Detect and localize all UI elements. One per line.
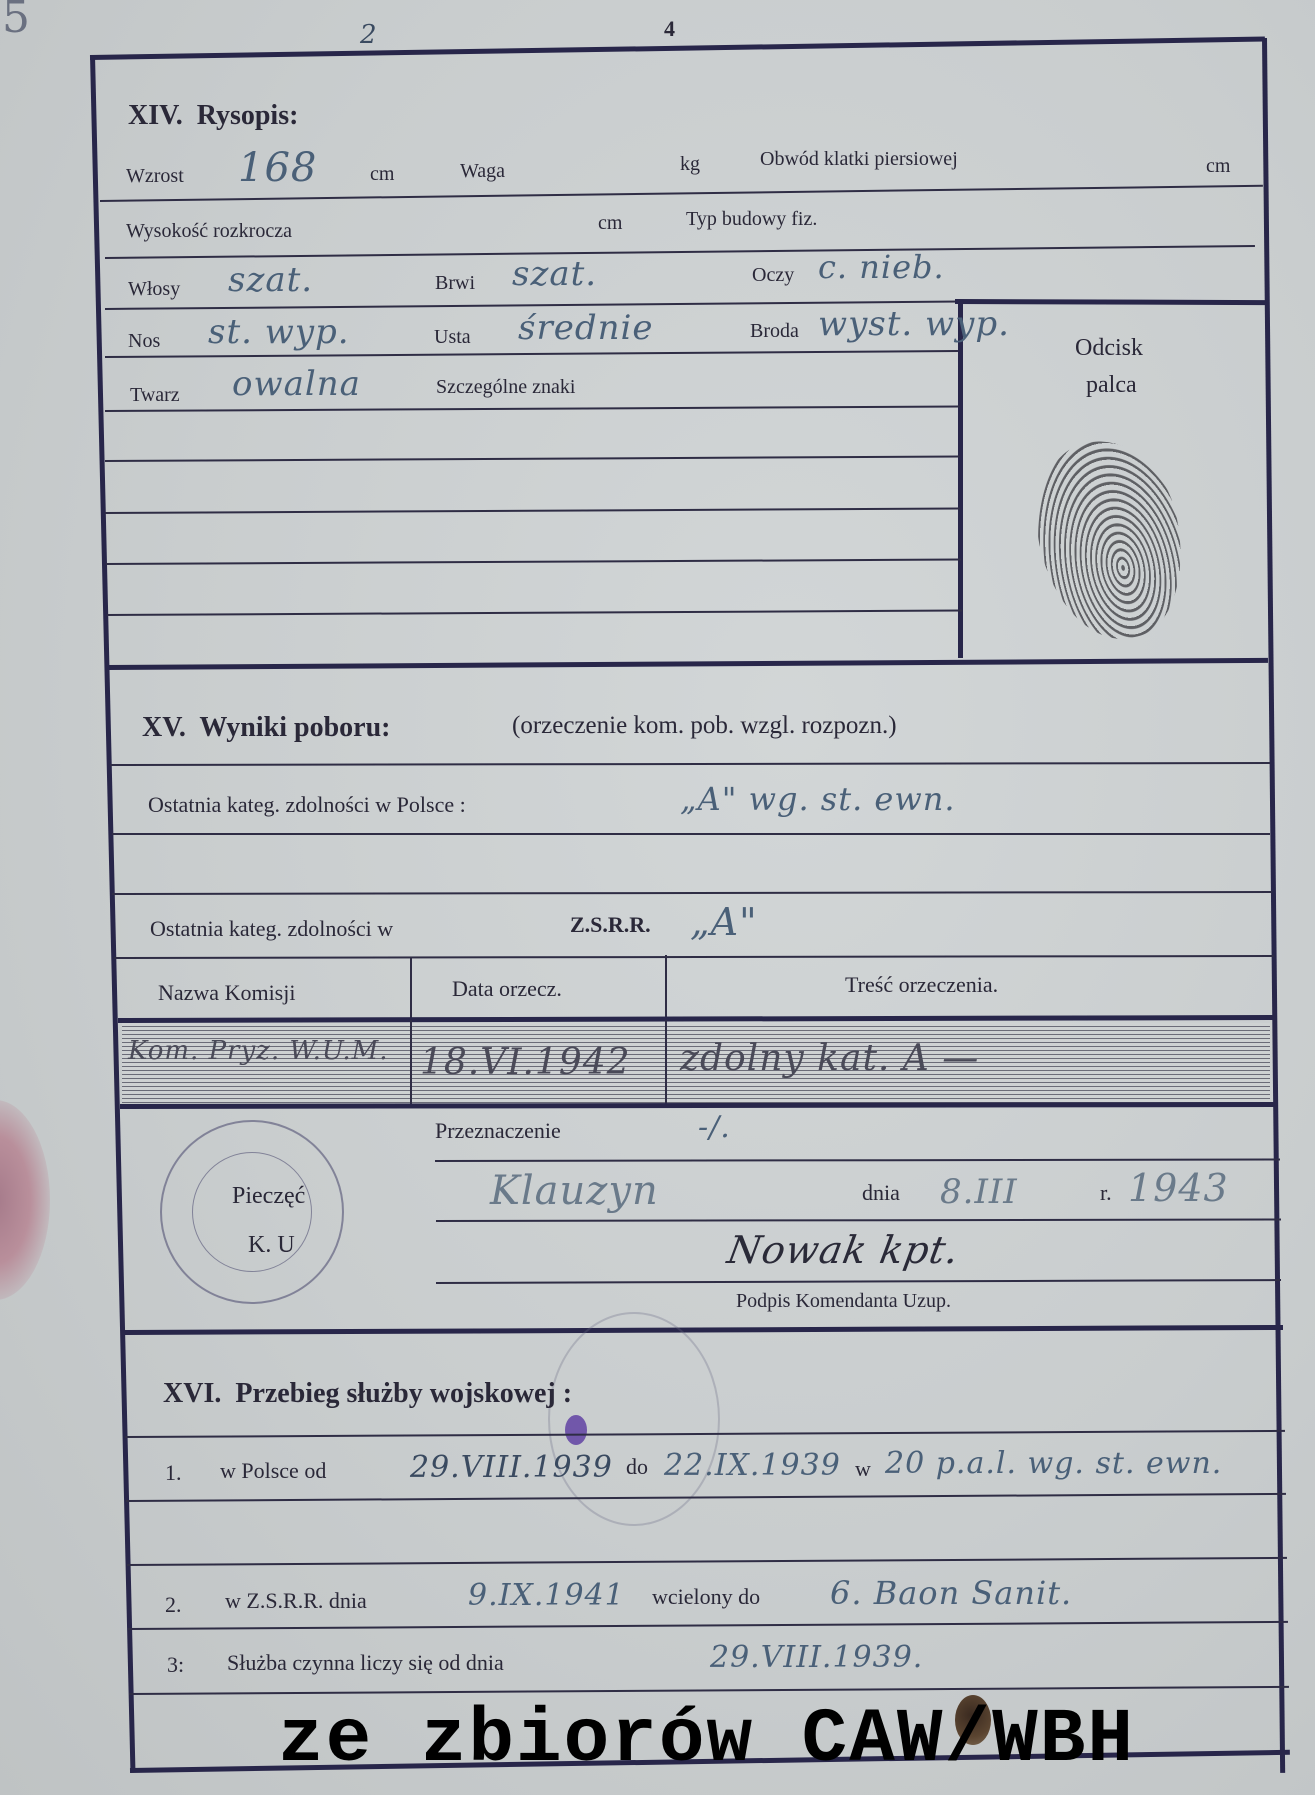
crotch-label: Wysokość rozkrocza bbox=[126, 220, 292, 243]
table-cell-content[interactable]: zdolny kat. A — bbox=[680, 1038, 979, 1079]
date-label: dnia bbox=[862, 1180, 900, 1206]
fingerprint-box-left bbox=[958, 300, 963, 658]
table-header: Treść orzeczenia. bbox=[845, 972, 998, 998]
entry-unit[interactable]: 6. Baon Sanit. bbox=[830, 1574, 1072, 1612]
entry-number: 3: bbox=[167, 1652, 184, 1678]
table-bottom bbox=[120, 1102, 1275, 1109]
entry-from-date[interactable]: 29.VIII.1939 bbox=[410, 1450, 613, 1485]
chin-label: Broda bbox=[750, 320, 799, 343]
section-divider bbox=[108, 658, 1268, 670]
hair-value[interactable]: szat. bbox=[228, 260, 313, 300]
row-line bbox=[112, 833, 1270, 835]
entry-unit[interactable]: 20 p.a.l. wg. st. ewn. bbox=[885, 1446, 1222, 1481]
row-line bbox=[105, 456, 960, 462]
row-line bbox=[126, 1493, 1286, 1502]
page-number: 4 bbox=[664, 16, 675, 42]
table-header-divider bbox=[118, 1015, 1273, 1023]
assignment-value[interactable]: -/. bbox=[698, 1110, 731, 1145]
ussr-category-label: Ostatnia kateg. zdolności w bbox=[150, 916, 393, 942]
frame-top bbox=[90, 37, 1265, 60]
weight-label: Waga bbox=[460, 160, 505, 183]
top-mark: 2 bbox=[360, 20, 378, 50]
row-line bbox=[128, 1621, 1288, 1630]
stamp-label: Pieczęć bbox=[232, 1183, 305, 1210]
row-line bbox=[129, 1686, 1289, 1695]
table-header: Data orzecz. bbox=[452, 976, 562, 1002]
fingerprint-label: Odcisk bbox=[1075, 335, 1143, 362]
row-line bbox=[436, 1219, 1281, 1222]
row-line bbox=[106, 559, 961, 565]
hair-label: Włosy bbox=[128, 278, 180, 301]
section-xv-subtitle: (orzeczenie kom. pob. wzgl. rozpozn.) bbox=[512, 712, 897, 740]
section-xv-title: XV. Wyniki poboru: bbox=[142, 712, 390, 744]
height-label: Wzrost bbox=[126, 165, 184, 188]
row-line bbox=[105, 508, 960, 514]
stamp-label: K. U bbox=[248, 1232, 295, 1259]
height-value[interactable]: 168 bbox=[238, 145, 317, 191]
ussr-country: Z.S.R.R. bbox=[570, 912, 651, 938]
section-xvi-title: XVI. Przebieg służby wojskowej : bbox=[163, 1378, 572, 1410]
corner-number: 5 bbox=[2, 0, 31, 43]
row-line bbox=[114, 955, 1274, 959]
mouth-label: Usta bbox=[434, 326, 471, 349]
frame-right bbox=[1262, 38, 1285, 1773]
ink-blot bbox=[565, 1415, 587, 1445]
build-label: Typ budowy fiz. bbox=[686, 208, 817, 231]
row-line bbox=[105, 245, 1255, 259]
poland-category-value[interactable]: „A" wg. st. ewn. bbox=[680, 780, 956, 818]
year-value[interactable]: 1943 bbox=[1128, 1166, 1229, 1210]
entry-to-date[interactable]: 22.IX.1939 bbox=[664, 1448, 841, 1483]
date-value[interactable]: 8.III bbox=[940, 1172, 1018, 1212]
assignment-label: Przeznaczenie bbox=[435, 1118, 561, 1144]
table-cell-date[interactable]: 18.VI.1942 bbox=[420, 1042, 631, 1083]
table-divider bbox=[410, 1020, 412, 1105]
row-line bbox=[105, 406, 960, 412]
nose-label: Nos bbox=[128, 330, 160, 353]
signature-label: Podpis Komendanta Uzup. bbox=[736, 1290, 951, 1313]
thumb-shadow bbox=[0, 1100, 50, 1300]
section-xiv-title: XIV. Rysopis: bbox=[128, 100, 298, 132]
mouth-value[interactable]: średnie bbox=[518, 308, 653, 348]
entry-text: wcielony do bbox=[652, 1584, 760, 1610]
crotch-unit: cm bbox=[598, 212, 622, 235]
entry-date[interactable]: 29.VIII.1939. bbox=[710, 1640, 923, 1675]
eyes-value[interactable]: c. nieb. bbox=[818, 248, 945, 286]
row-line bbox=[107, 610, 962, 616]
entry-text: Służba czynna liczy się od dnia bbox=[227, 1650, 504, 1676]
year-label: r. bbox=[1100, 1180, 1112, 1206]
brows-label: Brwi bbox=[435, 272, 475, 295]
eyes-label: Oczy bbox=[752, 264, 794, 287]
entry-number: 1. bbox=[165, 1460, 182, 1486]
entry-text: w bbox=[855, 1456, 871, 1482]
weight-unit: kg bbox=[680, 153, 700, 176]
section-divider bbox=[123, 1325, 1283, 1335]
poland-category-label: Ostatnia kateg. zdolności w Polsce : bbox=[148, 792, 466, 818]
row-line bbox=[127, 1557, 1287, 1566]
entry-text: w Polsce od bbox=[220, 1458, 326, 1484]
nose-value[interactable]: st. wyp. bbox=[208, 312, 350, 352]
row-line bbox=[435, 1159, 1280, 1162]
table-header: Nazwa Komisji bbox=[158, 980, 295, 1006]
chest-label: Obwód klatki piersiowej bbox=[760, 148, 958, 171]
fingerprint-image bbox=[1021, 428, 1200, 653]
fingerprint-label: palca bbox=[1086, 372, 1137, 399]
ussr-category-value[interactable]: „A" bbox=[690, 900, 758, 944]
entry-number: 2. bbox=[165, 1592, 182, 1618]
chin-value[interactable]: wyst. wyp. bbox=[818, 304, 1010, 344]
face-value[interactable]: owalna bbox=[232, 364, 361, 404]
row-line bbox=[110, 762, 1270, 766]
archive-watermark: ze zbiorów CAW/WBH bbox=[278, 1697, 1135, 1783]
frame-left bbox=[90, 55, 135, 1770]
face-label: Twarz bbox=[130, 384, 180, 407]
row-line bbox=[436, 1279, 1281, 1284]
entry-date[interactable]: 9.IX.1941 bbox=[468, 1578, 625, 1613]
brows-value[interactable]: szat. bbox=[512, 254, 597, 294]
table-cell-commission[interactable]: Kom. Pryz. W.U.M. bbox=[128, 1034, 398, 1068]
height-unit: cm bbox=[370, 163, 394, 186]
signature: Nowak kpt. bbox=[724, 1228, 963, 1272]
place-value[interactable]: Klauzyn bbox=[490, 1168, 659, 1214]
row-line bbox=[112, 891, 1272, 895]
entry-text: w Z.S.R.R. dnia bbox=[225, 1588, 367, 1614]
chest-unit: cm bbox=[1206, 155, 1230, 178]
table-divider bbox=[665, 1020, 667, 1105]
marks-label: Szczególne znaki bbox=[436, 376, 575, 399]
entry-text: do bbox=[626, 1454, 648, 1480]
